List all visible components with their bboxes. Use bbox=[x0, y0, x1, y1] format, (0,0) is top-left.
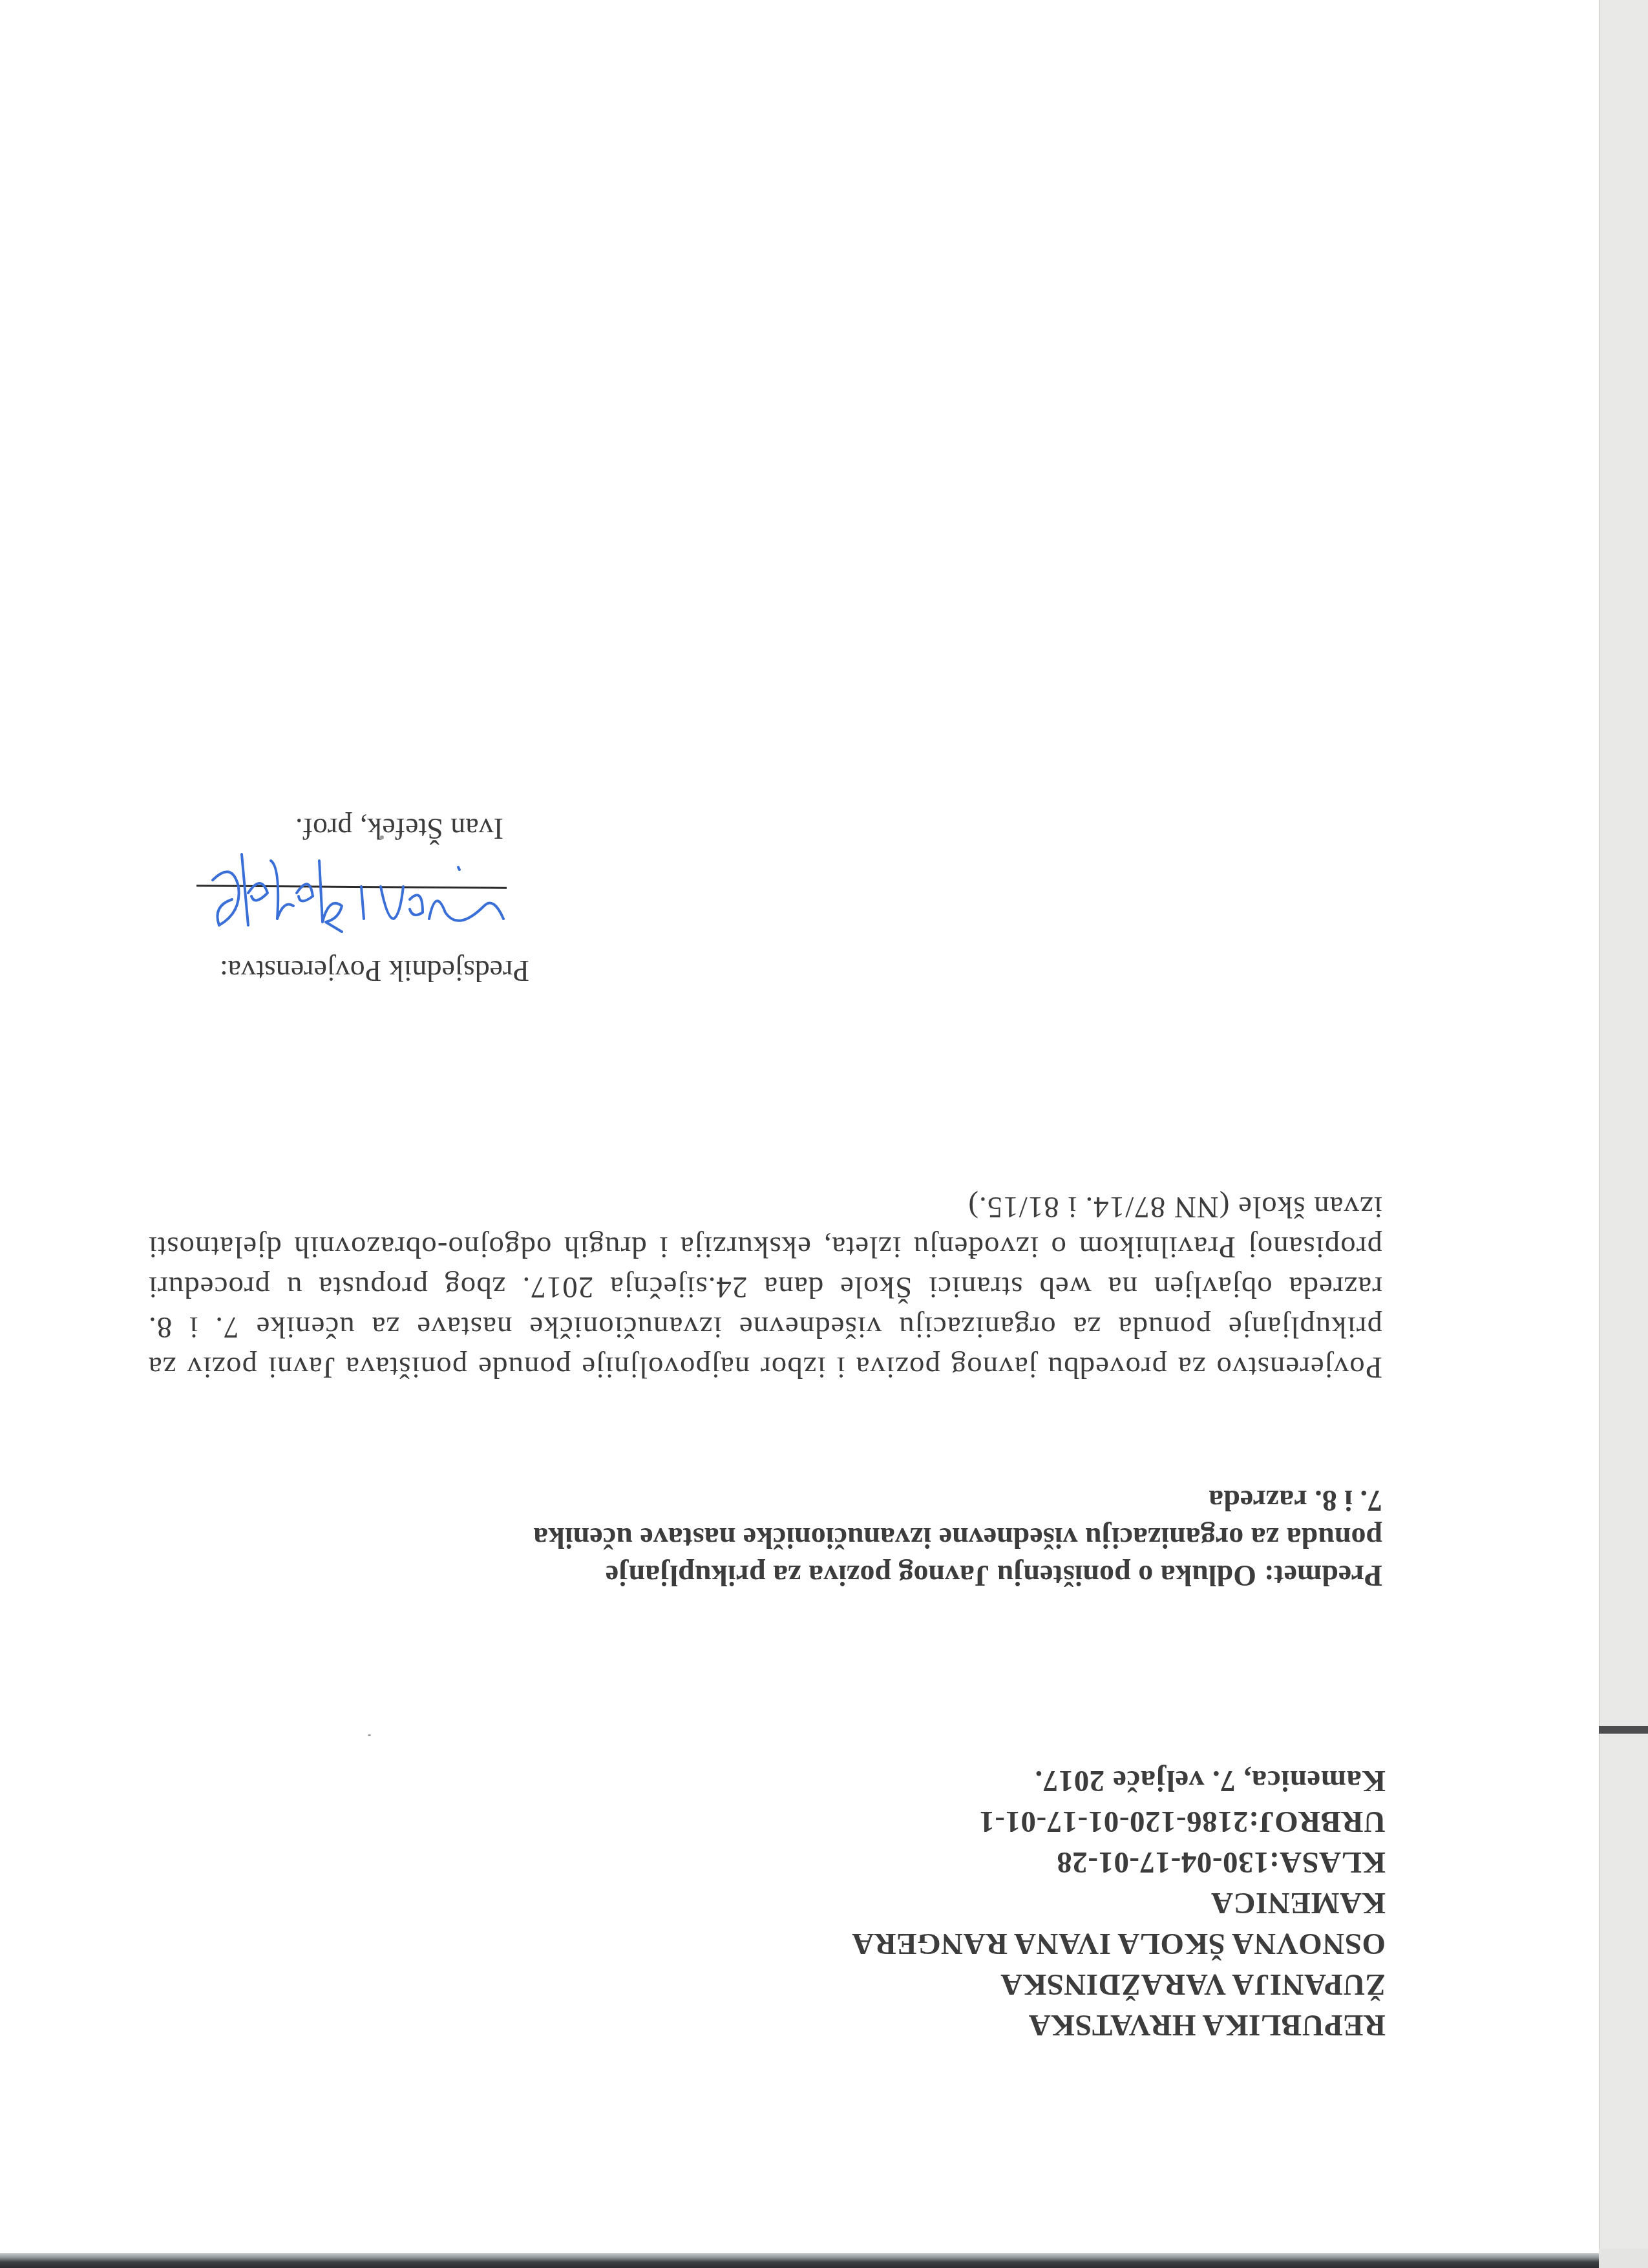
subject-line: Predmet:Odluka o poništenju Javnog poziv… bbox=[529, 1482, 1382, 1594]
header-county: ŽUPANIJA VARAŽDINSKA bbox=[852, 1964, 1386, 2004]
signature-block: Predsjednik Povjerenstva: bbox=[167, 809, 529, 990]
header-urbroj: URBROJ:2186-120-01-17-01-1 bbox=[852, 1801, 1386, 1842]
header-date: Kamenica, 7. veljače 2017. bbox=[852, 1760, 1386, 1801]
scanner-edge-corner bbox=[1599, 2249, 1648, 2268]
header-klasa: KLASA:130-04-17-01-28 bbox=[852, 1842, 1386, 1882]
scanner-edge-right bbox=[1599, 0, 1648, 2253]
scan-speck bbox=[380, 835, 384, 839]
handwritten-signature-icon bbox=[187, 841, 523, 964]
subject-label: Predmet: bbox=[1264, 1559, 1382, 1592]
subject-text: Odluka o poništenju Javnog poziva za pri… bbox=[533, 1484, 1382, 1592]
scanner-edge-mark bbox=[1599, 1726, 1648, 1734]
scanned-letter: REPUBLIKA HRVATSKA ŽUPANIJA VARAŽDINSKA … bbox=[0, 0, 1599, 2253]
header-school: OSNOVNA ŠKOLA IVANA RANGERA bbox=[852, 1923, 1386, 1964]
scan-speck bbox=[368, 1734, 371, 1736]
scanner-edge-bottom bbox=[0, 2253, 1648, 2268]
signature-area bbox=[167, 848, 529, 951]
letterhead: REPUBLIKA HRVATSKA ŽUPANIJA VARAŽDINSKA … bbox=[852, 1760, 1386, 2045]
body-paragraph: Povjerenstvo za provedbu javnog poziva i… bbox=[148, 1187, 1382, 1387]
header-country: REPUBLIKA HRVATSKA bbox=[852, 2004, 1386, 2045]
header-town: KAMENICA bbox=[852, 1882, 1386, 1923]
